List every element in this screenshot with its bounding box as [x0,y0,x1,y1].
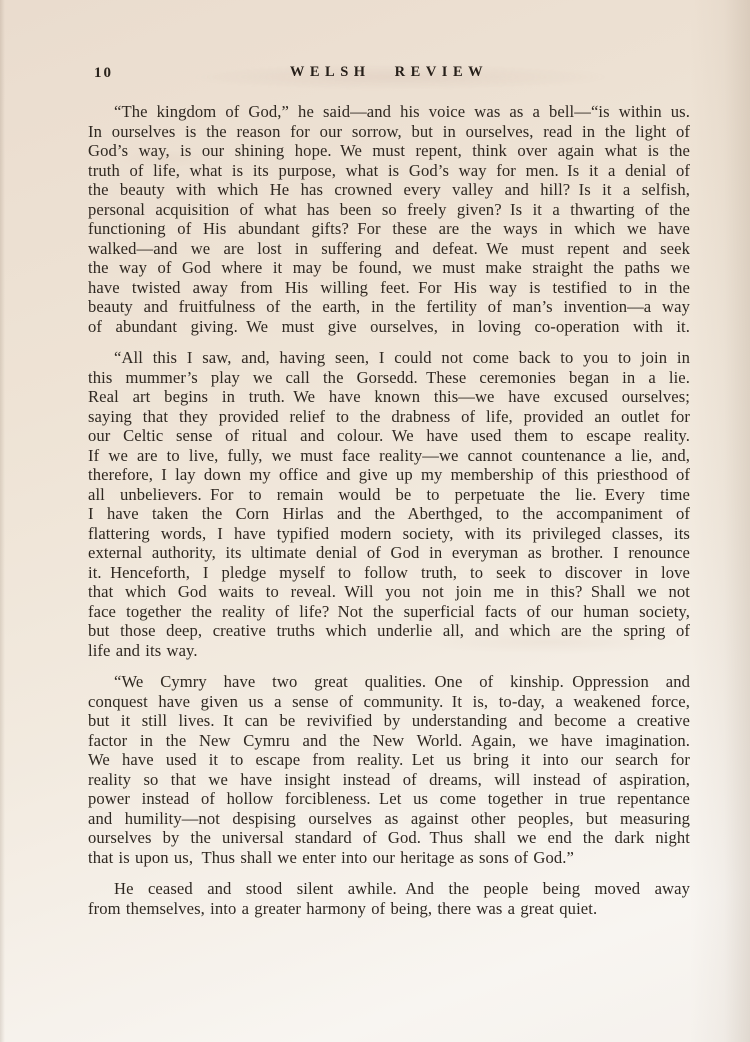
text-line: truth of life, what is its purpose, what… [88,161,690,181]
text-line: from themselves, into a greater harmony … [88,899,690,919]
text-line: and humility—not despising ourselves as … [88,809,690,829]
text-line: face together the reality of life? Not t… [88,602,690,622]
text-line: We have used it to escape from reality. … [88,750,690,770]
text-line: In ourselves is the reason for our sorro… [88,122,690,142]
text-line: saying that they provided relief to the … [88,407,690,427]
text-line: but it still lives. It can be revivified… [88,711,690,731]
text-line: He ceased and stood silent awhile. And t… [88,879,690,899]
paragraph: He ceased and stood silent awhile. And t… [88,879,690,918]
text-line: the beauty with which He has crowned eve… [88,180,690,200]
text-line: this mummer’s play we call the Gorsedd. … [88,368,690,388]
page-number: 10 [94,65,113,82]
text-line: external authority, its ultimate denial … [88,543,690,563]
text-line: therefore, I lay down my office and give… [88,465,690,485]
text-block: 10 WELSH REVIEW “The kingdom of God,” he… [88,64,690,918]
text-line: that is upon us, Thus shall we enter int… [88,848,690,868]
text-line: If we are to live, fully, we must face r… [88,446,690,466]
text-line: power instead of hollow forcibleness. Le… [88,789,690,809]
text-line: all unbelievers. For to remain would be … [88,485,690,505]
text-line: walked—and we are lost in suffering and … [88,239,690,259]
text-line: “All this I saw, and, having seen, I cou… [88,348,690,368]
text-line: Real art begins in truth. We have known … [88,387,690,407]
running-title: WELSH REVIEW [88,64,690,81]
paragraph: “All this I saw, and, having seen, I cou… [88,348,690,660]
text-line: reality so that we have insight instead … [88,770,690,790]
text-line: conquest have given us a sense of commun… [88,692,690,712]
text-line: that which God waits to reveal. Will you… [88,582,690,602]
book-page: 10 WELSH REVIEW “The kingdom of God,” he… [0,0,750,1042]
text-line: I have taken the Corn Hirlas and the Abe… [88,504,690,524]
text-line: functioning of His abundant gifts? For t… [88,219,690,239]
text-line: God’s way, is our shining hope. We must … [88,141,690,161]
text-line: life and its way. [88,641,690,661]
text-line: ourselves by the universal standard of G… [88,828,690,848]
text-line: have twisted away from His willing feet.… [88,278,690,298]
paragraph: “The kingdom of God,” he said—and his vo… [88,102,690,336]
paragraphs: “The kingdom of God,” he said—and his vo… [88,102,690,918]
paragraph: “We Cymry have two great qualities. One … [88,672,690,867]
text-line: “The kingdom of God,” he said—and his vo… [88,102,690,122]
text-line: our Celtic sense of ritual and colour. W… [88,426,690,446]
text-line: flattering words, I have typified modern… [88,524,690,544]
text-line: “We Cymry have two great qualities. One … [88,672,690,692]
running-header: 10 WELSH REVIEW [88,64,690,84]
text-line: factor in the New Cymru and the New Worl… [88,731,690,751]
text-line: the way of God where it may be found, we… [88,258,690,278]
text-line: but those deep, creative truths which un… [88,621,690,641]
text-line: it. Henceforth, I pledge myself to follo… [88,563,690,583]
text-line: beauty and fruitfulness of the earth, in… [88,297,690,317]
text-line: of abundant giving. We must give ourselv… [88,317,690,337]
text-line: personal acquisition of what has been so… [88,200,690,220]
